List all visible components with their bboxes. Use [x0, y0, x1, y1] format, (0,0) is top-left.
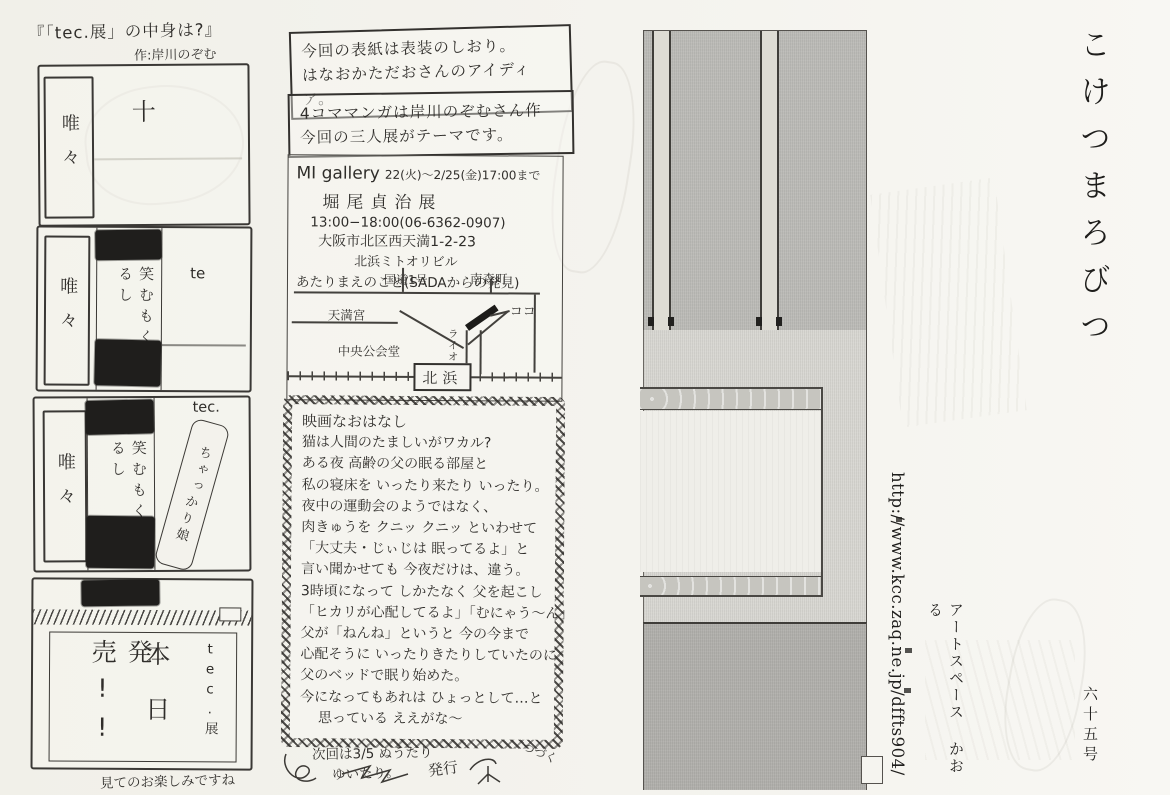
scroll-frame: [640, 387, 823, 597]
map-station-top: 南森町: [470, 269, 508, 287]
price-tag: [219, 607, 241, 621]
tassel-mark: [668, 317, 674, 326]
tassel-mark: [648, 317, 654, 326]
map-street: [490, 280, 492, 293]
scroll-band-bottom: [640, 576, 821, 595]
ink-block: [81, 579, 159, 606]
book-spine: 唯々: [44, 76, 95, 218]
comic-panel-1: 唯々 十: [37, 63, 250, 226]
map-road-line: [294, 291, 540, 294]
masthead-issue-number: 六十五号: [1080, 686, 1101, 776]
book-strip: 笑むもくるし: [87, 398, 156, 570]
photo-fabric-dark: [643, 622, 867, 790]
bookmark-stripe: [760, 31, 779, 331]
story-text: 映画なおはなし 猫は人間のたましいがワカル? ある夜 高齢の父の眠る部屋と 私の…: [290, 404, 556, 740]
pencil-line: [94, 157, 242, 160]
map-station-box: 北浜: [413, 363, 471, 391]
doodle-sketch: [282, 748, 542, 792]
story-line: 夜中の運動会のようではなく、: [301, 496, 545, 519]
address-line2: 北浜ミトオリビル: [354, 251, 554, 271]
story-line: 父が「ねんね」というと 今の今まで: [300, 623, 544, 646]
story-line: 「大丈夫・じぃじは 眠ってるよ」と: [301, 538, 545, 561]
story-line: 「ヒカリが心配してるよ」「むにゃう〜ん」: [301, 602, 545, 625]
comic-panel-3: 唯々 笑むもくるし tec. ちゃっかり娘: [33, 395, 252, 572]
bookmark-stripe: [652, 31, 671, 331]
address-line1: 大阪市北区西天満1-2-23: [318, 230, 554, 251]
story-line: 肉きゅうを クニッ クニッ といわせて: [301, 517, 545, 540]
masthead-title: こけつまろびつ: [1070, 28, 1115, 373]
spine-label: 唯々: [54, 277, 80, 345]
ink-block: [94, 339, 161, 386]
map-street: [402, 268, 404, 292]
story-line: 心配そうに いったりきたりしていたのに: [300, 644, 544, 667]
scroll-band-top: [640, 389, 821, 410]
banner-label: ちゃっかり娘: [169, 443, 215, 546]
tassel-mark: [756, 317, 762, 326]
hours-phone: 13:00−18:00(06-6362-0907): [310, 214, 554, 231]
ink-block: [85, 399, 154, 435]
comic-title: 『「tec.展」の中身は?』: [28, 16, 222, 44]
story-line: 猫は人間のたましいがワカル?: [302, 432, 546, 455]
tassel-mark: [776, 317, 782, 326]
exhibition-box: MI gallery 22(火)〜2/25(金)17:00まで 堀尾貞治展 13…: [286, 154, 563, 401]
note-line: 今回の三人展がテーマです。: [300, 122, 562, 150]
banner-chakkari: ちゃっかり娘: [153, 417, 230, 572]
book-spine: 唯々: [43, 410, 88, 562]
scroll-center: [640, 411, 821, 572]
corner-notch: [861, 756, 883, 784]
zine-scan-page: 『「tec.展」の中身は?』 作:岸川のぞむ 唯々 十 唯々 笑むもくるし te…: [0, 0, 1170, 795]
story-line: ある夜 高齢の父の眠る部屋と: [302, 454, 546, 477]
map-gallery-bar: [465, 305, 499, 331]
masthead-publisher: アートスペース かおる: [925, 602, 967, 782]
map-side-road: [292, 321, 398, 323]
comic-panel-2: 唯々 笑むもくるし te: [36, 225, 253, 392]
ink-block: [95, 230, 161, 261]
gallery-name: MI gallery: [296, 163, 379, 183]
story-line: 父のベッドで眠り始めた。: [300, 666, 544, 689]
comic-caption: 見てのお楽しみですね: [100, 768, 235, 792]
story-line: 今になってもあれは ひょっとして…と: [300, 687, 544, 710]
spine-label: 唯々: [56, 113, 82, 181]
photo-mounting: [643, 330, 867, 622]
map-here-label: ココ: [510, 300, 536, 319]
story-line: 言い聞かせても 今夜だけは、違う。: [301, 560, 545, 583]
gallery-dates: 22(火)〜2/25(金)17:00まで: [385, 168, 541, 183]
book-strip: 笑むもくるし: [96, 228, 163, 390]
map-hall-label: 中央公会堂: [338, 342, 401, 360]
photo-bookmarks: [643, 30, 867, 332]
note-box-manga: 4コママンガは岸川のぞむさん作 今回の三人展がテーマです。: [288, 90, 575, 158]
comic-panel-4: tec.展 本日 発売!!: [30, 577, 253, 770]
photo-column: [643, 30, 865, 788]
story-line: 映画なおはなし: [302, 411, 546, 434]
note-line: 4コママンガは岸川のぞむさん作: [300, 98, 562, 126]
map-road-label: 国道1号: [384, 271, 428, 288]
poster-hatsubai: 発売!!: [84, 639, 157, 761]
poster-tec-label: tec.展: [200, 641, 221, 739]
story-box: 映画なおはなし 猫は人間のたましいがワカル? ある夜 高齢の父の眠る部屋と 私の…: [281, 395, 565, 749]
hand-drawn-map: 国道1号 南森町 ココ 天満宮 中央公会堂 ライオン橋 北浜: [287, 283, 562, 386]
story-line: 思っている ええがな〜: [318, 708, 544, 731]
book-spine: 唯々: [44, 235, 91, 385]
story-line: 私の寝床を いったり来たり いったり。: [302, 475, 546, 498]
comic-credit: 作:岸川のぞむ: [134, 43, 217, 63]
spine-label: 唯々: [52, 452, 78, 520]
masthead-url: http://www.kcc.zaq.ne.jp/dffts904/: [888, 472, 907, 784]
corner-label: tec.: [193, 400, 220, 416]
ink-block: [86, 516, 155, 569]
shelf-line: [162, 344, 246, 346]
poster-box: tec.展 本日 発売!!: [49, 632, 238, 763]
map-station-south: 北浜: [422, 366, 462, 387]
map-street: [534, 295, 536, 373]
story-line: 3時頃になって しかたなく 父を起こし: [301, 581, 545, 604]
cross-mark: 十: [132, 92, 156, 127]
show-through-ghost: [870, 177, 1026, 427]
show-title: 堀尾貞治展: [322, 187, 554, 213]
map-bridge-line: [479, 330, 481, 374]
corner-label: te: [190, 264, 205, 282]
